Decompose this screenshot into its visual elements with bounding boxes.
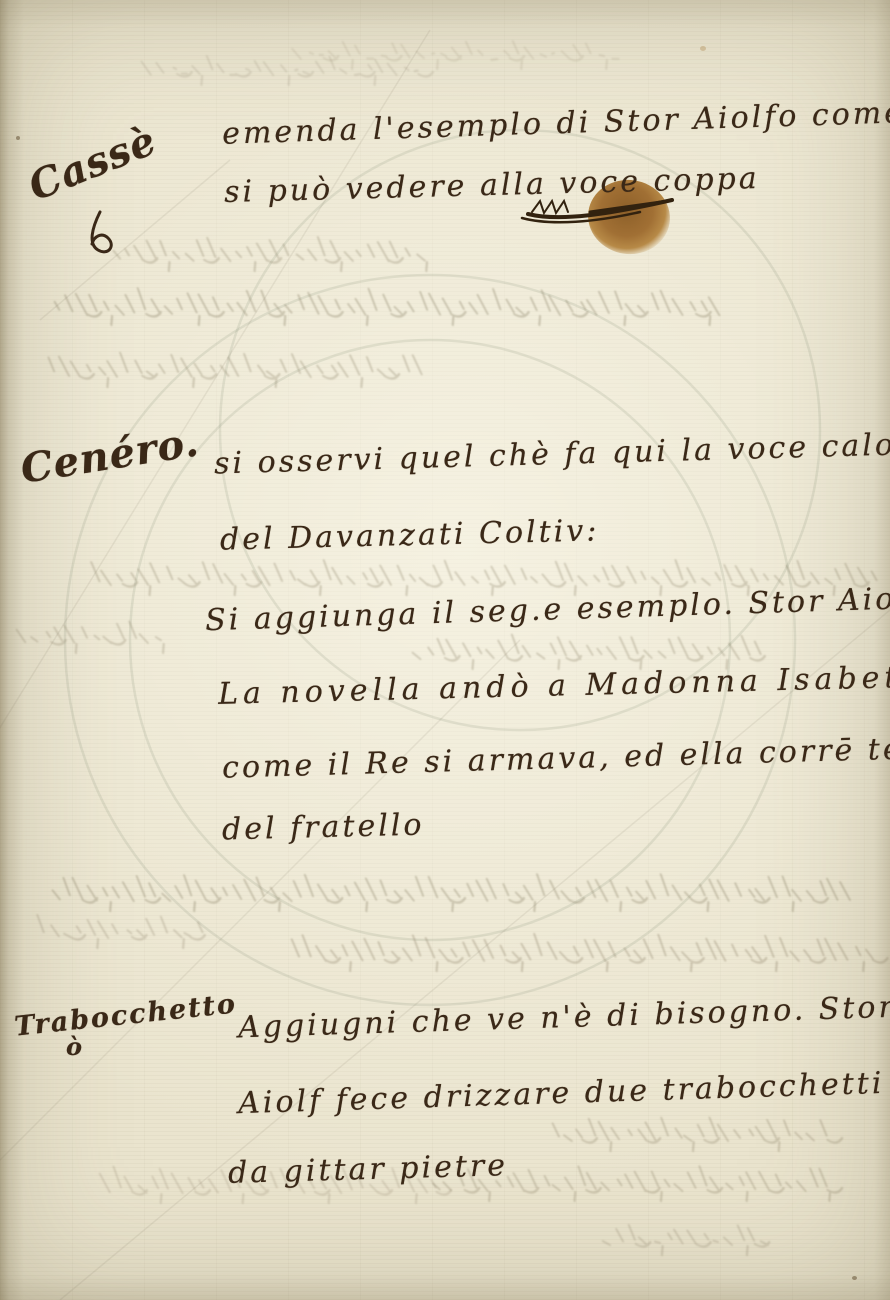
entry3-line2: Aiolf fece drizzare due trabocchetti <box>238 1066 885 1121</box>
entry2-line2: del Davanzati Coltiv: <box>220 513 600 557</box>
entry-term-trabocchetto: Trabocchetto <box>13 988 238 1042</box>
entry-term-casse: Cassè <box>22 117 163 210</box>
entry2-line6: del fratello <box>222 808 425 848</box>
entry1-line2: si può vedere alla voce coppa <box>224 161 760 210</box>
entry1-line1: emenda l'esemplo di Stor Aiolfo come <box>222 95 890 151</box>
ink-speck <box>852 1276 857 1280</box>
margin-flourish <box>92 212 111 252</box>
entry3-line1: Aggiugni che ve n'è di bisogno. Stor <box>238 990 890 1046</box>
entry2-line4: La novella andò a Madonna Isabetta <box>218 659 890 712</box>
entry2-line1: si osservi quel chè fa qui la voce calos… <box>214 425 890 481</box>
entry2-line5: come il Re si armava, ed ella corrē tene… <box>222 729 890 785</box>
entry-term-cenero: Cenéro. <box>17 418 202 493</box>
manuscript-page: Cassè emenda l'esemplo di Stor Aiolfo co… <box>0 0 890 1300</box>
entry2-line3: Si aggiunga il seg.e esemplo. Stor Aiolf <box>205 581 890 639</box>
entry-term-note: ò <box>66 1032 82 1061</box>
entry3-line3: da gittar pietre <box>228 1148 509 1191</box>
ink-speck <box>16 136 20 140</box>
paper-stain-dot <box>700 46 706 51</box>
